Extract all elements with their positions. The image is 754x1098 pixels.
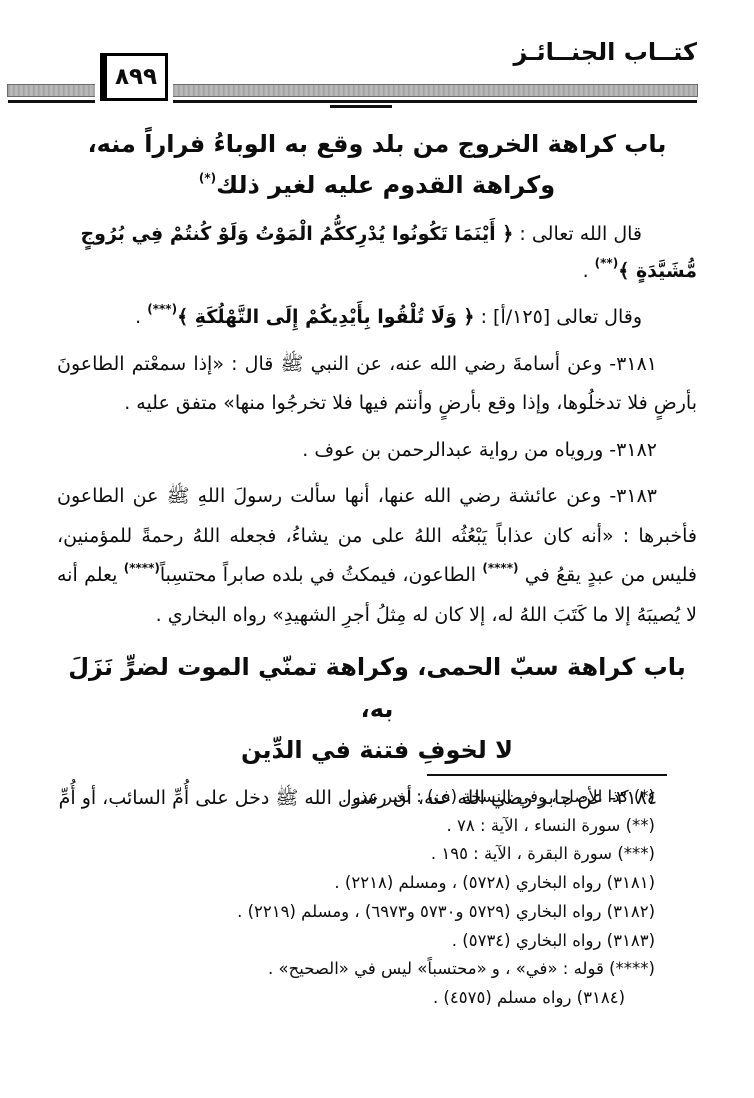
footnote-marker-4star-a: (****): [482, 561, 518, 575]
footnote-separator: [427, 774, 667, 776]
page-content: باب كراهة الخروج من بلد وقع به الوباءُ ف…: [57, 112, 697, 826]
chapter2-title-line2: لا لخوفِ فتنة في الدِّين: [241, 736, 513, 764]
quran-verse-2: وقال تعالى [١٢٥/أ] : ﴿ وَلَا تُلْقُوا بِ…: [57, 299, 697, 336]
verse2-intro: وقال تعالى [١٢٥/أ] :: [475, 306, 642, 328]
page-number: ٨٩٩: [115, 64, 157, 90]
footnotes-section: (*) كذا الأصل ، وفي النسخة (ف) : لغير عذ…: [57, 774, 655, 1013]
footnote-line: (*) كذا الأصل ، وفي النسخة (ف) : لغير عذ…: [57, 783, 655, 812]
chapter1-title-line1: باب كراهة الخروج من بلد وقع به الوباءُ ف…: [88, 130, 667, 158]
chapter2-title: باب كراهة سبّ الحمى، وكراهة تمنّي الموت …: [57, 647, 697, 771]
chapter1-title-line2: وكراهة القدوم عليه لغير ذلك: [216, 171, 555, 199]
footnote-marker-2star: (**): [595, 256, 619, 270]
footnote-line: (٣١٨٢) رواه البخاري (٥٧٢٩ و٥٧٣٠ و٦٩٧٣) ،…: [57, 898, 655, 927]
scanned-book-page: كتــاب الجنــائـز ٨٩٩ باب كراهة الخروج م…: [0, 0, 754, 1098]
footnote-marker-4star-b: (****): [124, 561, 160, 575]
quran-verse-1: قال الله تعالى : ﴿ أَيْنَمَا تَكُونُوا ي…: [57, 216, 697, 290]
verse2-period: .: [135, 306, 147, 328]
footnote-line: (٣١٨١) رواه البخاري (٥٧٢٨) ، ومسلم (٢٢١٨…: [57, 869, 655, 898]
header-rule-dash: [330, 105, 392, 108]
book-title: كتــاب الجنــائـز: [513, 38, 697, 66]
page-number-box: ٨٩٩: [100, 53, 168, 101]
verse2-text: ﴿ وَلَا تُلْقُوا بِأَيْدِيكُمْ إِلَى الت…: [177, 306, 475, 328]
footnote-line: (٣١٨٤) رواه مسلم (٤٥٧٥) .: [57, 984, 655, 1013]
hadith-3181: ٣١٨١- وعن أسامةَ رضي الله عنه، عن النبي …: [57, 345, 697, 424]
verse1-period: .: [583, 260, 595, 282]
hadith-3182: ٣١٨٢- وروياه من رواية عبدالرحمن بن عوف .: [57, 431, 697, 471]
footnote-line: (٣١٨٣) رواه البخاري (٥٧٣٤) .: [57, 927, 655, 956]
hadith-3183: ٣١٨٣- وعن عائشة رضي الله عنها، أنها سألت…: [57, 477, 697, 635]
footnote-marker-star: (*): [199, 171, 216, 185]
verse1-intro: قال الله تعالى :: [513, 223, 642, 245]
footnote-marker-3star: (***): [147, 302, 177, 316]
footnote-line: (****) قوله : «في» ، و «محتسباً» ليس في …: [57, 955, 655, 984]
footnote-line: (**) سورة النساء ، الآية : ٧٨ .: [57, 812, 655, 841]
chapter1-title: باب كراهة الخروج من بلد وقع به الوباءُ ف…: [57, 124, 697, 207]
chapter2-title-line1: باب كراهة سبّ الحمى، وكراهة تمنّي الموت …: [68, 653, 686, 722]
footnote-line: (***) سورة البقرة ، الآية : ١٩٥ .: [57, 840, 655, 869]
hadith-3183-seg2: الطاعون، فيمكثُ في بلده صابراً محتسِباً: [160, 564, 483, 586]
